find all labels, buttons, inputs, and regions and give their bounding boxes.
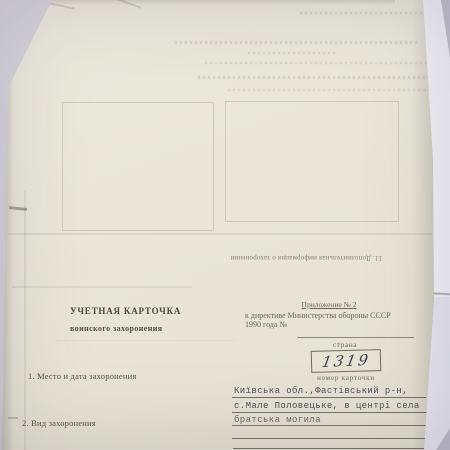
card-number-box: 1319	[311, 349, 382, 373]
left-edge-shading	[2, 80, 14, 450]
appendix-line-1: Приложение № 2	[245, 300, 413, 309]
horizontal-fold-crease	[8, 233, 432, 235]
paper-crease	[12, 286, 192, 288]
reverse-side-heading: 11. Дополнительная информация о захороне…	[218, 254, 382, 262]
country-label: страна	[316, 340, 374, 349]
field2-label: 2. Вид захоронения	[22, 418, 96, 428]
vertical-fold-crease	[24, 190, 26, 450]
ruled-line-1	[232, 397, 426, 398]
card-subtitle: воинского захоронения	[70, 324, 180, 333]
showthrough-text	[198, 76, 433, 79]
showthrough-text	[300, 12, 430, 14]
card-title: УЧЕТНАЯ КАРТОЧКА	[70, 306, 180, 316]
showthrough-text	[248, 52, 338, 54]
showthrough-text	[228, 89, 433, 91]
photo-frame-right	[225, 101, 399, 222]
showthrough-text	[205, 62, 430, 64]
burial-card-paper: 11. Дополнительная информация о захороне…	[0, 0, 450, 450]
location-line-1: Київська обл.,Фастівський р-н,	[234, 386, 408, 396]
appendix-line-2: к директиве Министерства обороны СССР	[245, 311, 413, 320]
edge-tear-mark	[8, 417, 18, 419]
appendix-block: Приложение № 2 к директиве Министерства …	[245, 300, 413, 329]
showthrough-text	[175, 41, 420, 44]
appendix-line-3: 1990 года №	[245, 320, 413, 329]
card-number-label: номер карточки	[302, 374, 390, 382]
country-blank-line	[297, 337, 414, 338]
location-line-3: братська могила	[234, 415, 321, 425]
field1-label: 1. Место и дата захоронения	[28, 371, 136, 381]
card-number-value: 1319	[320, 351, 371, 371]
ruled-line-3	[232, 425, 426, 426]
document-photo: 11. Дополнительная информация о захороне…	[0, 0, 450, 450]
location-line-2: с.Мале Половецьке, в центрі села	[234, 401, 420, 411]
ruled-line-5	[233, 448, 431, 449]
ruled-line-2	[232, 412, 429, 413]
top-edge-shading	[50, 0, 395, 5]
paper-crease	[55, 340, 235, 341]
photo-frame-left	[62, 102, 214, 231]
ruled-line-4	[232, 438, 428, 439]
